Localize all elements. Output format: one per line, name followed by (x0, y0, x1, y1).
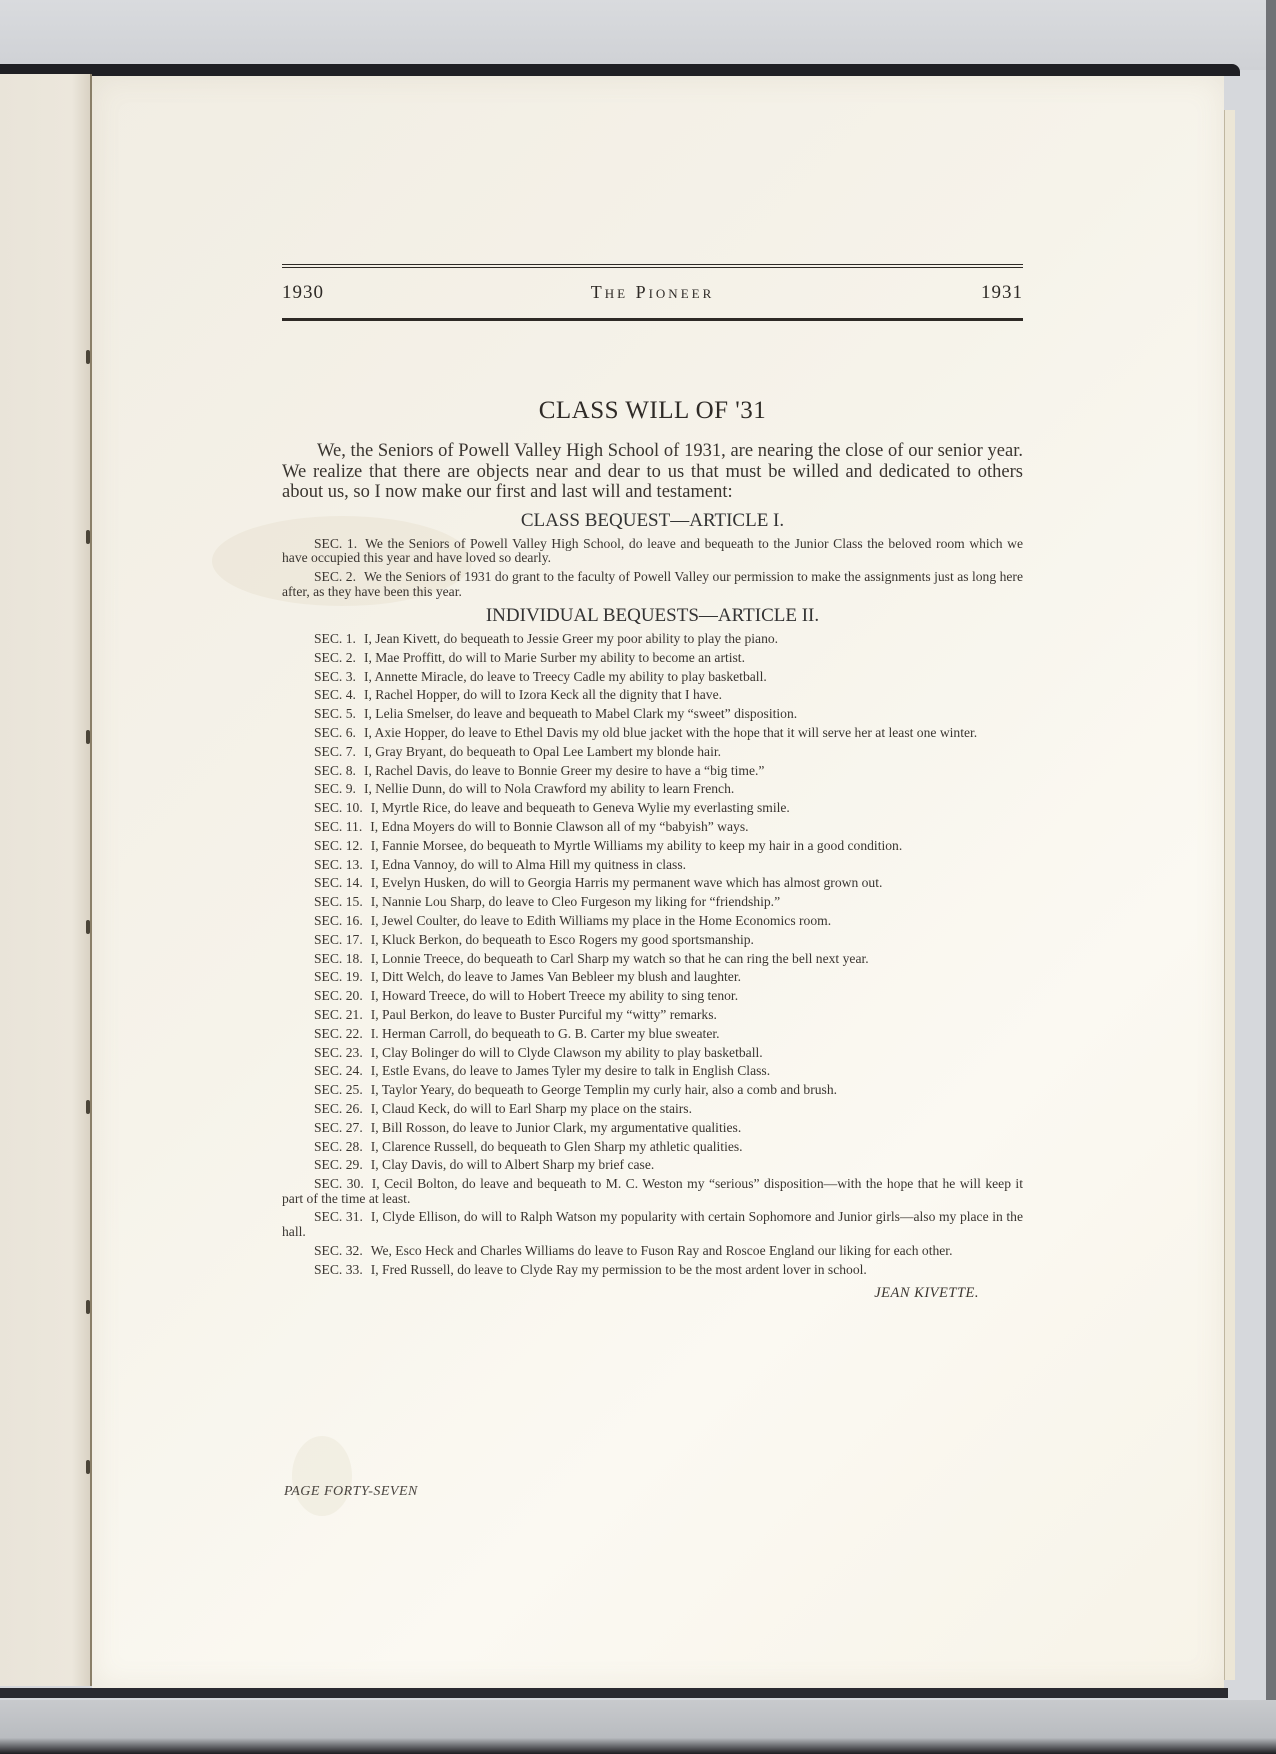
section-text: I, Rachel Hopper, do will to Izora Keck … (364, 687, 722, 702)
section-text: I, Myrtle Rice, do leave and bequeath to… (371, 800, 790, 815)
section-text: I, Rachel Davis, do leave to Bonnie Gree… (364, 763, 765, 778)
section-item: SEC. 2.We the Seniors of 1931 do grant t… (282, 570, 1023, 599)
section-number: SEC. 21. (314, 1007, 363, 1022)
section-number: SEC. 1. (314, 631, 356, 646)
section-item: SEC. 21.I, Paul Berkon, do leave to Bust… (282, 1008, 1023, 1023)
section-item: SEC. 11.I, Edna Moyers do will to Bonnie… (282, 820, 1023, 835)
header-publication-title: The Pioneer (282, 282, 1023, 303)
section-number: SEC. 18. (314, 951, 363, 966)
section-item: SEC. 20.I, Howard Treece, do will to Hob… (282, 989, 1023, 1004)
section-text: I, Cecil Bolton, do leave and bequeath t… (282, 1176, 1023, 1206)
section-text: I, Lonnie Treece, do bequeath to Carl Sh… (371, 951, 869, 966)
section-item: SEC. 3.I, Annette Miracle, do leave to T… (282, 670, 1023, 685)
section-text: I, Fannie Morsee, do bequeath to Myrtle … (371, 838, 903, 853)
section-item: SEC. 10.I, Myrtle Rice, do leave and beq… (282, 801, 1023, 816)
section-text: I, Fred Russell, do leave to Clyde Ray m… (371, 1262, 867, 1277)
section-item: SEC. 22.I. Herman Carroll, do bequeath t… (282, 1027, 1023, 1042)
section-item: SEC. 29.I, Clay Davis, do will to Albert… (282, 1158, 1023, 1173)
article-1-sections: SEC. 1.We the Seniors of Powell Valley H… (282, 537, 1023, 600)
section-text: I, Bill Rosson, do leave to Junior Clark… (371, 1120, 742, 1135)
section-number: SEC. 12. (314, 838, 363, 853)
section-text: I, Clyde Ellison, do will to Ralph Watso… (282, 1209, 1023, 1239)
section-number: SEC. 1. (314, 536, 357, 551)
section-number: SEC. 9. (314, 781, 356, 796)
section-number: SEC. 7. (314, 744, 356, 759)
section-number: SEC. 28. (314, 1139, 363, 1154)
section-text: I, Evelyn Husken, do will to Georgia Har… (371, 875, 883, 890)
section-number: SEC. 11. (314, 819, 362, 834)
signature: JEAN KIVETTE. (282, 1285, 1023, 1302)
section-text: I, Estle Evans, do leave to James Tyler … (371, 1063, 770, 1078)
section-text: I, Nannie Lou Sharp, do leave to Cleo Fu… (371, 894, 780, 909)
section-text: We the Seniors of 1931 do grant to the f… (282, 569, 1023, 599)
section-number: SEC. 14. (314, 875, 363, 890)
scanner-background-bottom (0, 1700, 1276, 1754)
section-text: We, Esco Heck and Charles Williams do le… (371, 1243, 953, 1258)
section-item: SEC. 30.I, Cecil Bolton, do leave and be… (282, 1177, 1023, 1206)
section-text: I, Jean Kivett, do bequeath to Jessie Gr… (364, 631, 778, 646)
section-item: SEC. 6.I, Axie Hopper, do leave to Ethel… (282, 726, 1023, 741)
section-number: SEC. 6. (314, 725, 356, 740)
section-text: I, Lelia Smelser, do leave and bequeath … (364, 706, 797, 721)
section-item: SEC. 26.I, Claud Keck, do will to Earl S… (282, 1102, 1023, 1117)
section-item: SEC. 7.I, Gray Bryant, do bequeath to Op… (282, 745, 1023, 760)
section-item: SEC. 15.I, Nannie Lou Sharp, do leave to… (282, 895, 1023, 910)
page-title: CLASS WILL OF '31 (282, 397, 1023, 425)
header-year-right: 1931 (981, 282, 1023, 304)
section-text: I, Clarence Russell, do bequeath to Glen… (371, 1139, 743, 1154)
section-number: SEC. 25. (314, 1082, 363, 1097)
section-item: SEC. 27.I, Bill Rosson, do leave to Juni… (282, 1121, 1023, 1136)
section-text: I, Clay Davis, do will to Albert Sharp m… (371, 1157, 655, 1172)
scanner-background-top (0, 0, 1276, 70)
page-number-footer: PAGE FORTY-SEVEN (284, 1484, 418, 1500)
paper-stain (292, 1436, 352, 1516)
section-number: SEC. 10. (314, 800, 363, 815)
section-item: SEC. 2.I, Mae Proffitt, do will to Marie… (282, 651, 1023, 666)
left-page-edge (0, 74, 92, 1686)
section-item: SEC. 12.I, Fannie Morsee, do bequeath to… (282, 839, 1023, 854)
section-item: SEC. 24.I, Estle Evans, do leave to Jame… (282, 1064, 1023, 1079)
section-number: SEC. 24. (314, 1063, 363, 1078)
section-text: I, Howard Treece, do will to Hobert Tree… (371, 988, 738, 1003)
section-number: SEC. 3. (314, 669, 356, 684)
section-item: SEC. 1.I, Jean Kivett, do bequeath to Je… (282, 632, 1023, 647)
section-item: SEC. 31.I, Clyde Ellison, do will to Ral… (282, 1210, 1023, 1239)
section-number: SEC. 30. (314, 1176, 364, 1191)
section-item: SEC. 5.I, Lelia Smelser, do leave and be… (282, 707, 1023, 722)
section-item: SEC. 16.I, Jewel Coulter, do leave to Ed… (282, 914, 1023, 929)
section-number: SEC. 27. (314, 1120, 363, 1135)
book-cover-edge-bottom (0, 1688, 1228, 1698)
section-text: I, Kluck Berkon, do bequeath to Esco Rog… (371, 932, 754, 947)
section-item: SEC. 1.We the Seniors of Powell Valley H… (282, 537, 1023, 566)
section-text: I, Paul Berkon, do leave to Buster Purci… (371, 1007, 717, 1022)
scanner-background-right (1266, 0, 1276, 1754)
section-text: I, Ditt Welch, do leave to James Van Beb… (371, 969, 741, 984)
article-2-heading: INDIVIDUAL BEQUESTS—ARTICLE II. (282, 605, 1023, 627)
section-number: SEC. 26. (314, 1101, 363, 1116)
section-text: I, Edna Moyers do will to Bonnie Clawson… (370, 819, 748, 834)
section-number: SEC. 5. (314, 706, 356, 721)
section-number: SEC. 22. (314, 1026, 363, 1041)
article-2-sections: SEC. 1.I, Jean Kivett, do bequeath to Je… (282, 632, 1023, 1277)
section-text: I, Clay Bolinger do will to Clyde Clawso… (371, 1045, 763, 1060)
section-text: I. Herman Carroll, do bequeath to G. B. … (371, 1026, 720, 1041)
section-text: I, Mae Proffitt, do will to Marie Surber… (364, 650, 745, 665)
section-item: SEC. 28.I, Clarence Russell, do bequeath… (282, 1140, 1023, 1155)
section-number: SEC. 19. (314, 969, 363, 984)
page-content: 1930 The Pioneer 1931 CLASS WILL OF '31 … (282, 264, 1023, 1302)
intro-paragraph: We, the Seniors of Powell Valley High Sc… (282, 441, 1023, 503)
section-number: SEC. 17. (314, 932, 363, 947)
page-stack-edge (1224, 110, 1235, 1680)
section-number: SEC. 4. (314, 687, 356, 702)
running-header: 1930 The Pioneer 1931 (282, 264, 1023, 321)
section-text: I, Jewel Coulter, do leave to Edith Will… (371, 913, 831, 928)
section-number: SEC. 13. (314, 857, 363, 872)
section-number: SEC. 8. (314, 763, 356, 778)
section-number: SEC. 15. (314, 894, 363, 909)
section-item: SEC. 8.I, Rachel Davis, do leave to Bonn… (282, 764, 1023, 779)
section-text: I, Annette Miracle, do leave to Treecy C… (364, 669, 767, 684)
section-item: SEC. 9.I, Nellie Dunn, do will to Nola C… (282, 782, 1023, 797)
section-text: I, Axie Hopper, do leave to Ethel Davis … (364, 725, 977, 740)
section-number: SEC. 31. (314, 1209, 363, 1224)
section-item: SEC. 23.I, Clay Bolinger do will to Clyd… (282, 1046, 1023, 1061)
section-item: SEC. 19.I, Ditt Welch, do leave to James… (282, 970, 1023, 985)
section-number: SEC. 29. (314, 1157, 363, 1172)
section-item: SEC. 32.We, Esco Heck and Charles Willia… (282, 1244, 1023, 1259)
section-number: SEC. 2. (314, 569, 356, 584)
section-text: I, Gray Bryant, do bequeath to Opal Lee … (364, 744, 721, 759)
article-1-heading: CLASS BEQUEST—ARTICLE I. (282, 510, 1023, 532)
section-number: SEC. 2. (314, 650, 356, 665)
section-item: SEC. 4.I, Rachel Hopper, do will to Izor… (282, 688, 1023, 703)
section-text: I, Nellie Dunn, do will to Nola Crawford… (364, 781, 734, 796)
section-text: I, Taylor Yeary, do bequeath to George T… (371, 1082, 837, 1097)
section-number: SEC. 23. (314, 1045, 363, 1060)
section-number: SEC. 33. (314, 1262, 363, 1277)
book-cover-edge-top (0, 64, 1240, 76)
section-item: SEC. 33.I, Fred Russell, do leave to Cly… (282, 1263, 1023, 1278)
section-item: SEC. 18.I, Lonnie Treece, do bequeath to… (282, 952, 1023, 967)
section-number: SEC. 32. (314, 1243, 363, 1258)
section-item: SEC. 13.I, Edna Vannoy, do will to Alma … (282, 858, 1023, 873)
section-item: SEC. 17.I, Kluck Berkon, do bequeath to … (282, 933, 1023, 948)
section-text: I, Claud Keck, do will to Earl Sharp my … (371, 1101, 692, 1116)
section-text: We the Seniors of Powell Valley High Sch… (282, 536, 1023, 566)
section-number: SEC. 16. (314, 913, 363, 928)
section-text: I, Edna Vannoy, do will to Alma Hill my … (371, 857, 686, 872)
section-item: SEC. 25.I, Taylor Yeary, do bequeath to … (282, 1083, 1023, 1098)
section-number: SEC. 20. (314, 988, 363, 1003)
section-item: SEC. 14.I, Evelyn Husken, do will to Geo… (282, 876, 1023, 891)
